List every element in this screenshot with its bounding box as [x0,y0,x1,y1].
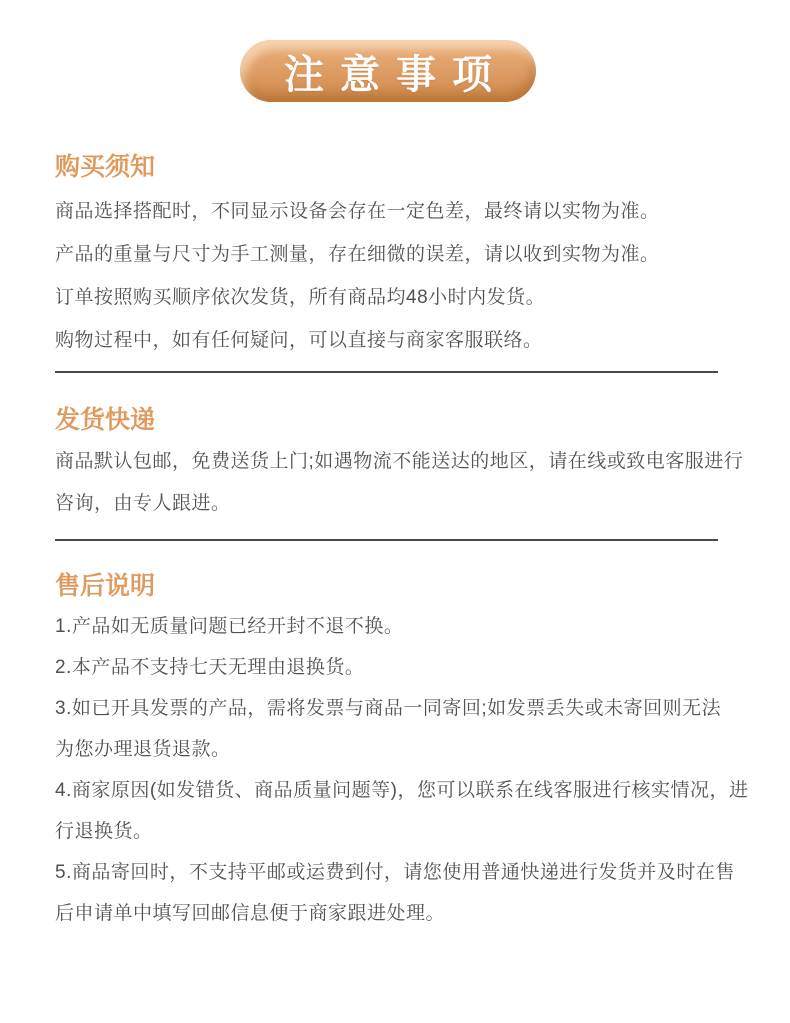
body-line: 订单按照购买顺序依次发货，所有商品均48小时内发货。 [55,276,735,319]
body-line: 产品的重量与尺寸为手工测量，存在细微的误差，请以收到实物为准。 [55,233,735,276]
section-body: 1.产品如无质量问题已经开封不退不换。 2.本产品不支持七天无理由退换货。 3.… [55,606,735,934]
body-line: 4.商家原因(如发错货、商品质量问题等)，您可以联系在线客服进行核实情况，进 [55,770,735,811]
notice-title-text: 注意事项 [268,43,508,100]
body-line: 5.商品寄回时，不支持平邮或运费到付，请您使用普通快递进行发货并及时在售 [55,852,735,893]
body-line: 购物过程中，如有任何疑问，可以直接与商家客服联络。 [55,319,735,362]
section-body: 商品默认包邮，免费送货上门;如遇物流不能送达的地区，请在线或致电客服进行 咨询，… [55,441,735,525]
body-line: 2.本产品不支持七天无理由退换货。 [55,647,735,688]
section-heading-after-sales: 售后说明 [55,571,735,601]
section-body: 商品选择搭配时，不同显示设备会存在一定色差，最终请以实物为准。 产品的重量与尺寸… [55,190,735,362]
body-line: 1.产品如无质量问题已经开封不退不换。 [55,606,735,647]
body-line: 行退换货。 [55,811,735,852]
section-heading-shipping: 发货快递 [55,405,735,435]
body-line: 咨询，由专人跟进。 [55,483,735,525]
notice-page: { "page": { "title_badge": "注意事项", "colo… [0,0,790,1023]
section-after-sales: 售后说明 1.产品如无质量问题已经开封不退不换。 2.本产品不支持七天无理由退换… [0,571,790,934]
body-line: 商品选择搭配时，不同显示设备会存在一定色差，最终请以实物为准。 [55,190,735,233]
notice-title-badge: 注意事项 [240,40,536,102]
section-divider [55,539,718,541]
body-line: 3.如已开具发票的产品，需将发票与商品一同寄回;如发票丢失或未寄回则无法 [55,688,735,729]
section-shipping: 发货快递 商品默认包邮，免费送货上门;如遇物流不能送达的地区，请在线或致电客服进… [0,405,790,525]
section-heading-purchase-notes: 购买须知 [55,152,735,182]
section-divider [55,371,718,373]
section-purchase-notes: 购买须知 商品选择搭配时，不同显示设备会存在一定色差，最终请以实物为准。 产品的… [0,152,790,362]
body-line: 为您办理退货退款。 [55,729,735,770]
body-line: 后申请单中填写回邮信息便于商家跟进处理。 [55,893,735,934]
body-line: 商品默认包邮，免费送货上门;如遇物流不能送达的地区，请在线或致电客服进行 [55,441,735,483]
